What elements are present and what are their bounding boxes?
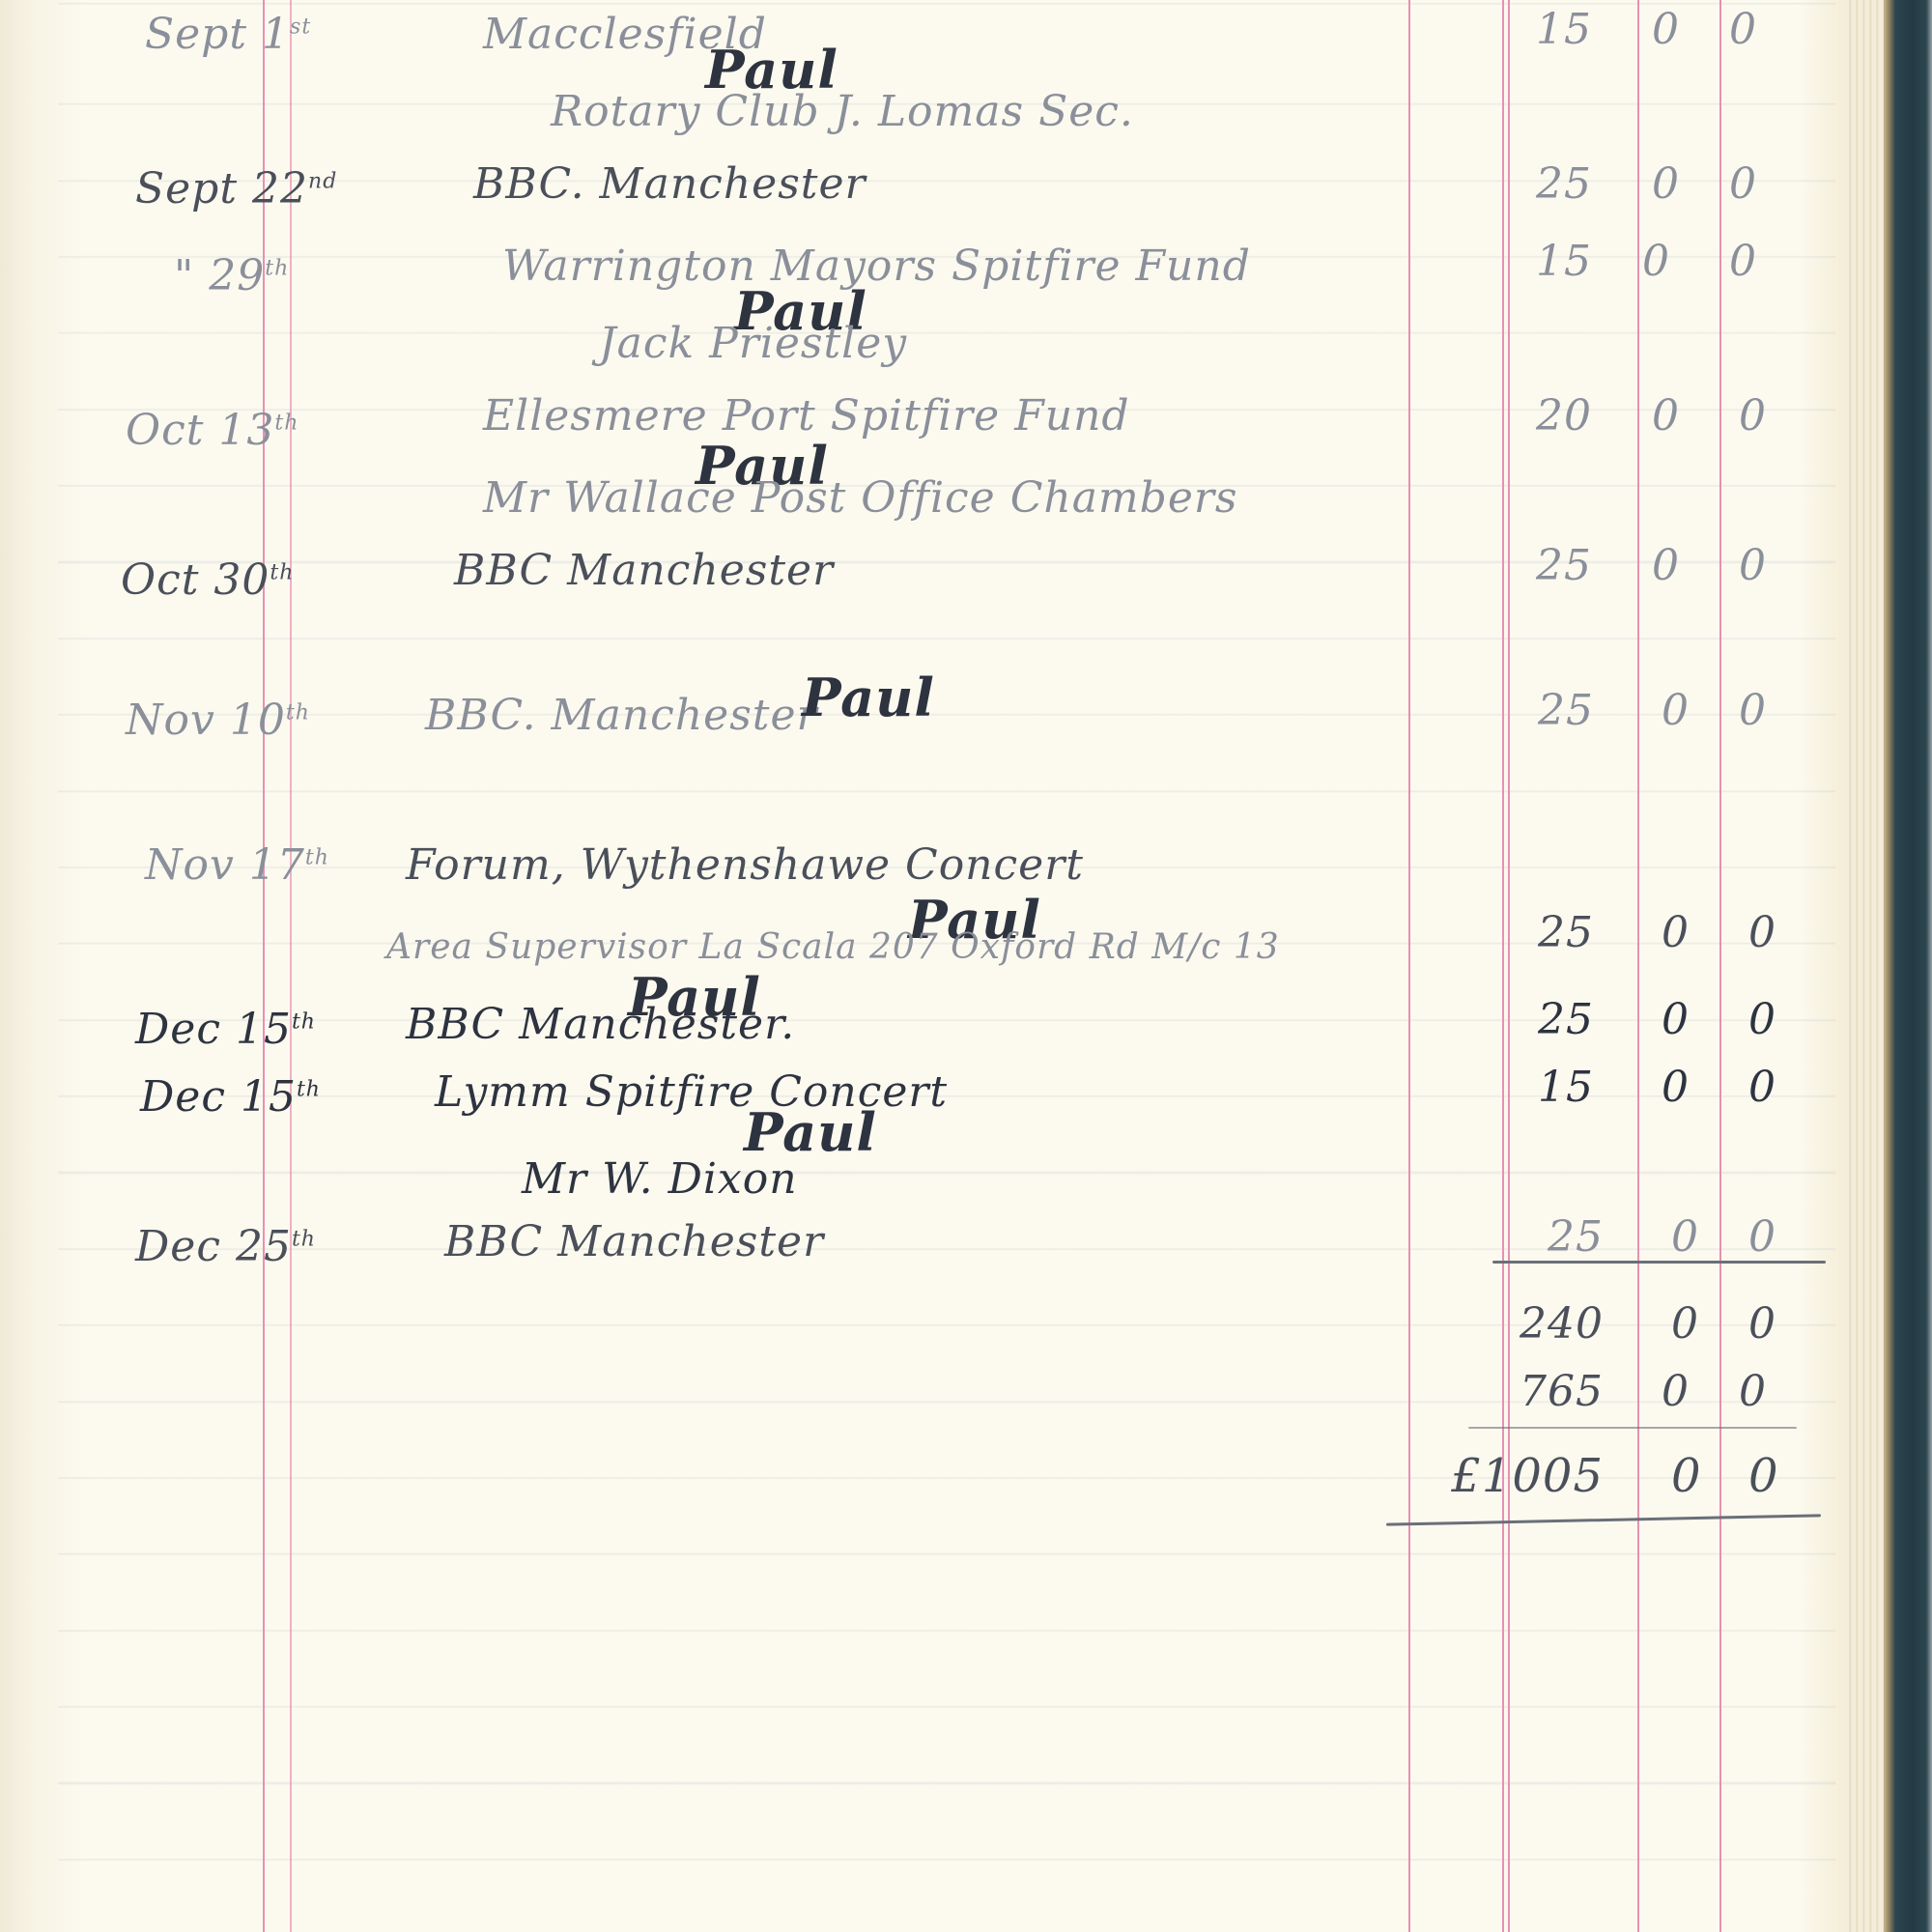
- entry-shillings: 0: [1662, 686, 1690, 735]
- pence-column-rule: [1719, 0, 1721, 1932]
- entry-shillings: 0: [1662, 995, 1690, 1044]
- date-margin-rule-2: [290, 0, 292, 1932]
- entry-date: Oct 30th: [121, 555, 294, 605]
- pounds-column-rule: [1502, 0, 1504, 1932]
- entry-pence: 0: [1739, 686, 1767, 735]
- entry-note: Area Supervisor La Scala 207 Oxford Rd M…: [386, 927, 1280, 967]
- entry-engagement: BBC. Manchester: [473, 159, 867, 209]
- ledger-page: Sept 1st Macclesfield Paul Rotary Club J…: [0, 0, 1893, 1932]
- pounds-column-rule-double: [1508, 0, 1510, 1932]
- entry-pounds: 25: [1546, 1212, 1604, 1262]
- amount-column-rule: [1408, 0, 1410, 1932]
- entry-pounds: 25: [1536, 995, 1594, 1044]
- total-pence-brought-forward: 0: [1739, 1367, 1767, 1416]
- book-binding: [1884, 0, 1932, 1932]
- total-pounds-brought-forward: 765: [1488, 1367, 1604, 1416]
- entry-engagement: Warrington Mayors Spitfire Fund: [502, 241, 1251, 291]
- entry-date: " 29th: [174, 251, 289, 300]
- subtotal-underline: [1492, 1261, 1826, 1264]
- entry-date: Nov 10th: [126, 696, 310, 745]
- total-pence-page: 0: [1748, 1299, 1776, 1349]
- entry-note: Rotary Club J. Lomas Sec.: [551, 87, 1134, 136]
- entry-engagement: BBC. Manchester: [425, 691, 818, 740]
- total-shillings-brought-forward: 0: [1662, 1367, 1690, 1416]
- entry-shillings: 0: [1662, 1063, 1690, 1112]
- entry-pounds: 25: [1536, 541, 1584, 590]
- entry-date: Oct 13th: [126, 406, 298, 455]
- grand-total-shillings: 0: [1671, 1449, 1702, 1503]
- grand-total-pence: 0: [1748, 1449, 1779, 1503]
- entry-pence: 0: [1748, 908, 1776, 957]
- entry-engagement: BBC Manchester: [454, 546, 834, 595]
- entry-engagement: BBC Manchester: [444, 1217, 824, 1266]
- entry-shillings: 0: [1652, 159, 1680, 209]
- entry-shillings: 0: [1671, 1212, 1699, 1262]
- entry-pounds: 15: [1536, 5, 1584, 54]
- entry-date: Sept 22nd: [135, 164, 337, 213]
- sum-underline: [1468, 1427, 1797, 1429]
- entry-note: Mr W. Dixon: [522, 1154, 798, 1204]
- entry-date: Dec 25th: [135, 1222, 316, 1271]
- entry-pounds: 15: [1536, 1063, 1594, 1112]
- entry-note: Mr Wallace Post Office Chambers: [483, 473, 1237, 523]
- entry-pounds: 25: [1536, 159, 1584, 209]
- entry-pence: 0: [1729, 159, 1757, 209]
- grand-total-pounds: £1005: [1430, 1449, 1604, 1503]
- entry-shillings: 0: [1652, 5, 1680, 54]
- entry-pence: 0: [1748, 995, 1776, 1044]
- entry-pence: 0: [1739, 391, 1767, 440]
- total-pounds-page: 240: [1488, 1299, 1604, 1349]
- entry-pounds: 25: [1536, 686, 1594, 735]
- entry-engagement: Ellesmere Port Spitfire Fund: [483, 391, 1130, 440]
- entry-date: Sept 1st: [145, 10, 311, 59]
- entry-pence: 0: [1729, 5, 1757, 54]
- entry-pence: 0: [1748, 1212, 1776, 1262]
- entry-note: Jack Priestley: [599, 319, 907, 368]
- entry-shillings: 0: [1652, 391, 1680, 440]
- shillings-column-rule: [1637, 0, 1639, 1932]
- entry-signature: Paul: [802, 667, 935, 728]
- entry-pence: 0: [1748, 1063, 1776, 1112]
- entry-shillings: 0: [1642, 237, 1670, 286]
- entry-date: Nov 17th: [145, 840, 329, 890]
- entry-pence: 0: [1729, 237, 1757, 286]
- entry-pounds: 15: [1536, 237, 1584, 286]
- entry-shillings: 0: [1652, 541, 1680, 590]
- page-edges: [1845, 0, 1884, 1932]
- total-shillings-page: 0: [1671, 1299, 1699, 1349]
- entry-pounds: 25: [1536, 908, 1594, 957]
- entry-pounds: 20: [1536, 391, 1584, 440]
- entry-engagement: Forum, Wythenshawe Concert: [406, 840, 1084, 890]
- entry-shillings: 0: [1662, 908, 1690, 957]
- entry-date: Dec 15th: [135, 1005, 316, 1054]
- entry-date: Dec 15th: [140, 1072, 321, 1122]
- entry-pence: 0: [1739, 541, 1767, 590]
- entry-signature: Paul: [628, 966, 761, 1028]
